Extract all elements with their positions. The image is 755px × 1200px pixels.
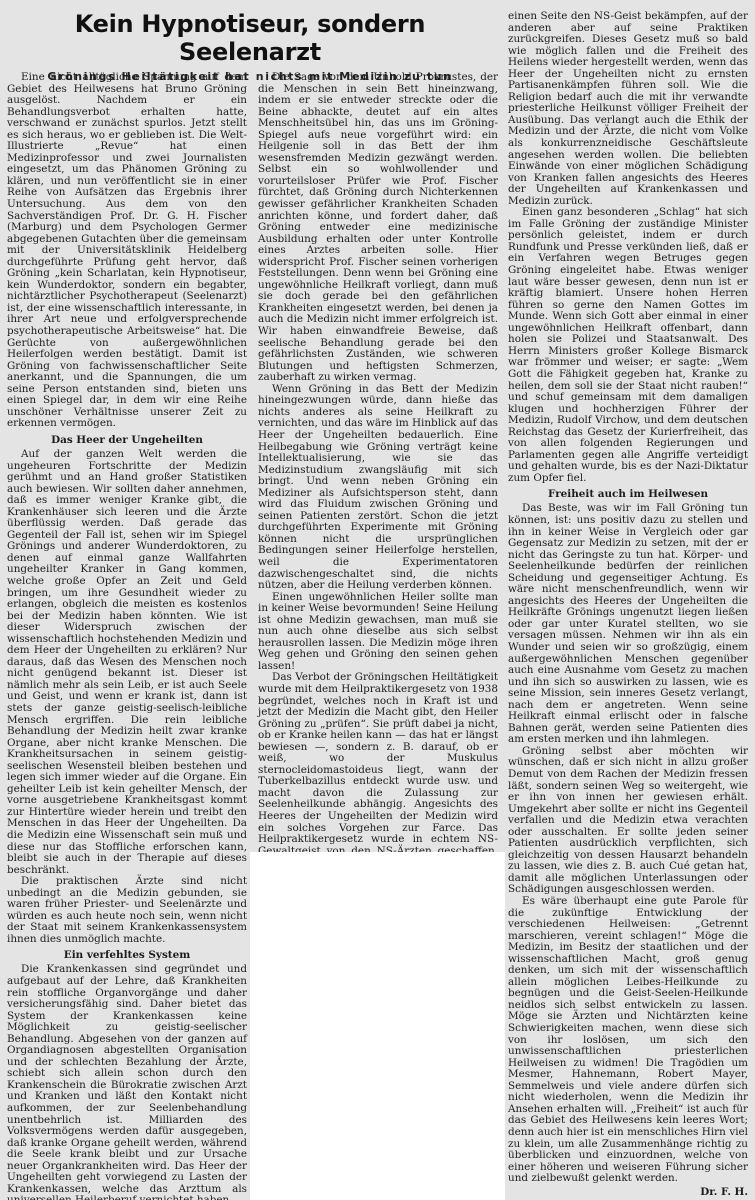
paragraph: Die Krankenkassen sind gegründet und auf… (7, 964, 247, 1200)
paragraph: Gröning selbst aber möchten wir wünschen… (508, 746, 748, 896)
paragraph: Auf der ganzen Welt werden die ungeheure… (7, 449, 247, 876)
paragraph: Die praktischen Ärzte sind nicht unbedin… (7, 876, 247, 945)
paragraph: Einen ungewöhnlichen Heiler sollte man i… (258, 592, 498, 673)
paragraph: Eine nicht alltägliche Spannung auf dem … (7, 72, 247, 430)
paragraph: Die Sage von dem Unhold Prokrustes, der … (258, 72, 498, 384)
paragraph: Es wäre überhaupt eine gute Parole für d… (508, 896, 748, 1185)
paragraph: Wenn Gröning in das Bett der Medizin hin… (258, 384, 498, 592)
headline: Kein Hypnotiseur, sondern Seelenarzt (0, 10, 500, 66)
paragraph: Einen ganz besonderen „Schlag“ hat sich … (508, 207, 748, 484)
section-heading: Das Heer der Ungeheilten (7, 434, 247, 446)
newspaper-clipping: Kein Hypnotiseur, sondern Seelenarzt Grö… (0, 0, 755, 1200)
section-heading: Freiheit auch im Heilwesen (508, 488, 748, 500)
author-signature: Dr. F. H. (508, 1187, 748, 1199)
column-3: einen Seite den NS-Geist bekämpfen, auf … (508, 11, 748, 1198)
blank-area (250, 852, 505, 1200)
column-1: Eine nicht alltägliche Spannung auf dem … (7, 72, 247, 1200)
section-heading: Ein verfehltes System (7, 949, 247, 961)
paragraph: Das Beste, was wir im Fall Gröning tun k… (508, 503, 748, 745)
paragraph: einen Seite den NS-Geist bekämpfen, auf … (508, 11, 748, 207)
column-2: Die Sage von dem Unhold Prokrustes, der … (258, 72, 498, 892)
